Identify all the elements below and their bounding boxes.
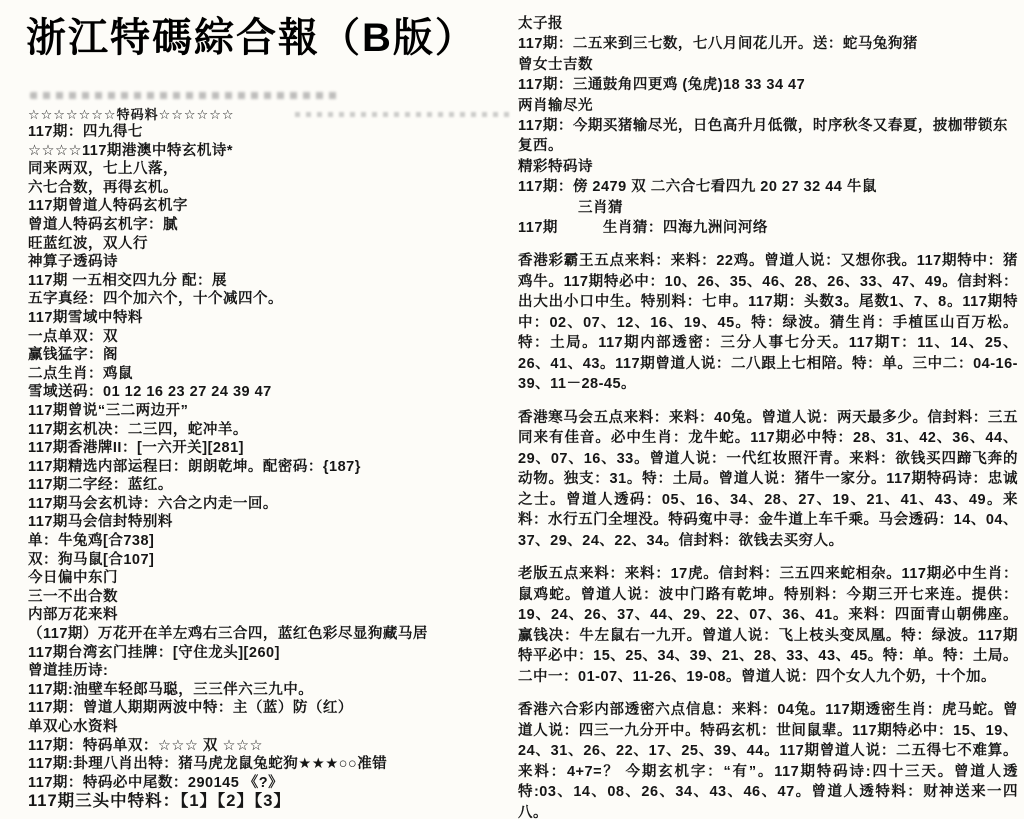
text-line: 117期:卦理八肖出特：猪马虎龙鼠兔蛇狗★★★○○准错: [28, 755, 510, 774]
right-column-paragraphs: 香港彩霸王五点来料：来料：22鸡。曾道人说：又想你我。117期特中：猪鸡牛。11…: [518, 251, 1018, 819]
text-line: 六七合数，再得玄机。: [28, 179, 510, 198]
text-line: 三肖猜: [518, 198, 1018, 218]
redacted-text-line: [30, 92, 340, 99]
left-column-lines: 117期：四九得七☆☆☆☆117期港澳中特玄机诗*同来两双，七上八落，六七合数，…: [28, 123, 510, 811]
text-line: 雪域送码：01 12 16 23 27 24 39 47: [28, 383, 510, 402]
text-line: 117期香港牌II：[一六开关][281]: [28, 439, 510, 458]
text-line: 117期马会玄机诗：六合之内走一回。: [28, 495, 510, 514]
text-line: 117期：特码单双：☆☆☆ 双 ☆☆☆: [28, 737, 510, 756]
left-column: ☆☆☆☆☆☆☆特码料☆☆☆☆☆☆ 117期：四九得七☆☆☆☆117期港澳中特玄机…: [28, 90, 510, 811]
text-line: 117期:油壁车轻郎马聪，三三伴六三九中。: [28, 681, 510, 700]
text-line: 117期台湾玄门挂牌：[守住龙头][260]: [28, 644, 510, 663]
text-line: 117期三头中特料：【1】【2】【3】: [28, 792, 510, 811]
page-title: 浙江特碼綜合報（B版）: [26, 6, 477, 63]
tema-liao-header-row: ☆☆☆☆☆☆☆特码料☆☆☆☆☆☆: [28, 106, 510, 123]
text-line: 单：牛兔鸡[合738]: [28, 532, 510, 551]
paragraph: 香港寒马会五点来料：来料：40兔。曾道人说：两天最多少。信封料：三五同来有佳音。…: [518, 408, 1018, 552]
text-line: 117期 一五相交四九分 配：展: [28, 272, 510, 291]
text-line: 117期雪域中特料: [28, 309, 510, 328]
paragraph: 老版五点来料：来料：17虎。信封料：三五四来蛇相杂。117期必中生肖：鼠鸡蛇。曾…: [518, 564, 1018, 687]
text-line: 117期曾说“三二两边开”: [28, 402, 510, 421]
text-line: 两肖输尽光: [518, 96, 1018, 116]
text-line: 117期：特码必中尾数：290145 《?》: [28, 774, 510, 793]
text-line: 三一不出合数: [28, 588, 510, 607]
text-line: 旺蓝红波，双人行: [28, 235, 510, 254]
text-line: 双：狗马鼠[合107]: [28, 551, 510, 570]
text-line: 精彩特码诗: [518, 157, 1018, 177]
scanned-lottery-sheet: 浙江特碼綜合報（B版） ☆☆☆☆☆☆☆特码料☆☆☆☆☆☆ 117期：四九得七☆☆…: [0, 0, 1024, 819]
text-line: 117期：今期买猪输尽光，日色高升月低微，时序秋冬又春夏，披枷带锁东复西。: [518, 116, 1018, 157]
text-line: 117期：曾道人期期两波中特：主（蓝）防（红）: [28, 699, 510, 718]
text-line: 117期 生肖猜：四海九洲问河络: [518, 218, 1018, 238]
text-line: 曾道挂历诗:: [28, 662, 510, 681]
text-line: 117期马会信封特别料: [28, 513, 510, 532]
text-line: 117期二字经：蓝红。: [28, 476, 510, 495]
text-line: 117期玄机决：二三四，蛇冲羊。: [28, 421, 510, 440]
text-line: 同来两双，七上八落，: [28, 160, 510, 179]
text-line: 117期精选内部运程曰：朗朗乾坤。配密码：{187}: [28, 458, 510, 477]
text-line: 117期：四九得七: [28, 123, 510, 142]
text-line: 太子报: [518, 14, 1018, 34]
right-column-top-lines: 太子报117期：二五来到三七数，七八月间花儿开。送：蛇马兔狗猪曾女士吉数117期…: [518, 14, 1018, 238]
text-line: 二点生肖：鸡鼠: [28, 365, 510, 384]
text-line: 今日偏中东门: [28, 569, 510, 588]
text-line: 单双心水资料: [28, 718, 510, 737]
text-line: 117期：三通鼓角四更鸡 (兔虎)18 33 34 47: [518, 75, 1018, 95]
text-line: ☆☆☆☆117期港澳中特玄机诗*: [28, 142, 510, 161]
text-line: （117期）万花开在羊左鸡右三合四，蓝红色彩尽显狗藏马居: [28, 625, 510, 644]
redacted-text-fragment: [295, 112, 510, 117]
text-line: 内部万花来料: [28, 606, 510, 625]
text-line: 117期曾道人特码玄机字: [28, 197, 510, 216]
text-line: 曾女士吉数: [518, 55, 1018, 75]
text-line: 神算子透码诗: [28, 253, 510, 272]
tema-liao-header: ☆☆☆☆☆☆☆特码料☆☆☆☆☆☆: [28, 106, 235, 123]
text-line: 一点单双：双: [28, 328, 510, 347]
text-line: 117期：傍 2479 双 二六合七看四九 20 27 32 44 牛鼠: [518, 177, 1018, 197]
paragraph: 香港六合彩内部透密六点信息：来料：04兔。117期透密生肖：虎马蛇。曾道人说：四…: [518, 700, 1018, 819]
right-column: 太子报117期：二五来到三七数，七八月间花儿开。送：蛇马兔狗猪曾女士吉数117期…: [518, 14, 1018, 819]
text-line: 赢钱猛字：阁: [28, 346, 510, 365]
paragraph: 香港彩霸王五点来料：来料：22鸡。曾道人说：又想你我。117期特中：猪鸡牛。11…: [518, 251, 1018, 395]
text-line: 曾道人特码玄机字：腻: [28, 216, 510, 235]
text-line: 五字真经：四个加六个，十个减四个。: [28, 290, 510, 309]
text-line: 117期：二五来到三七数，七八月间花儿开。送：蛇马兔狗猪: [518, 34, 1018, 54]
